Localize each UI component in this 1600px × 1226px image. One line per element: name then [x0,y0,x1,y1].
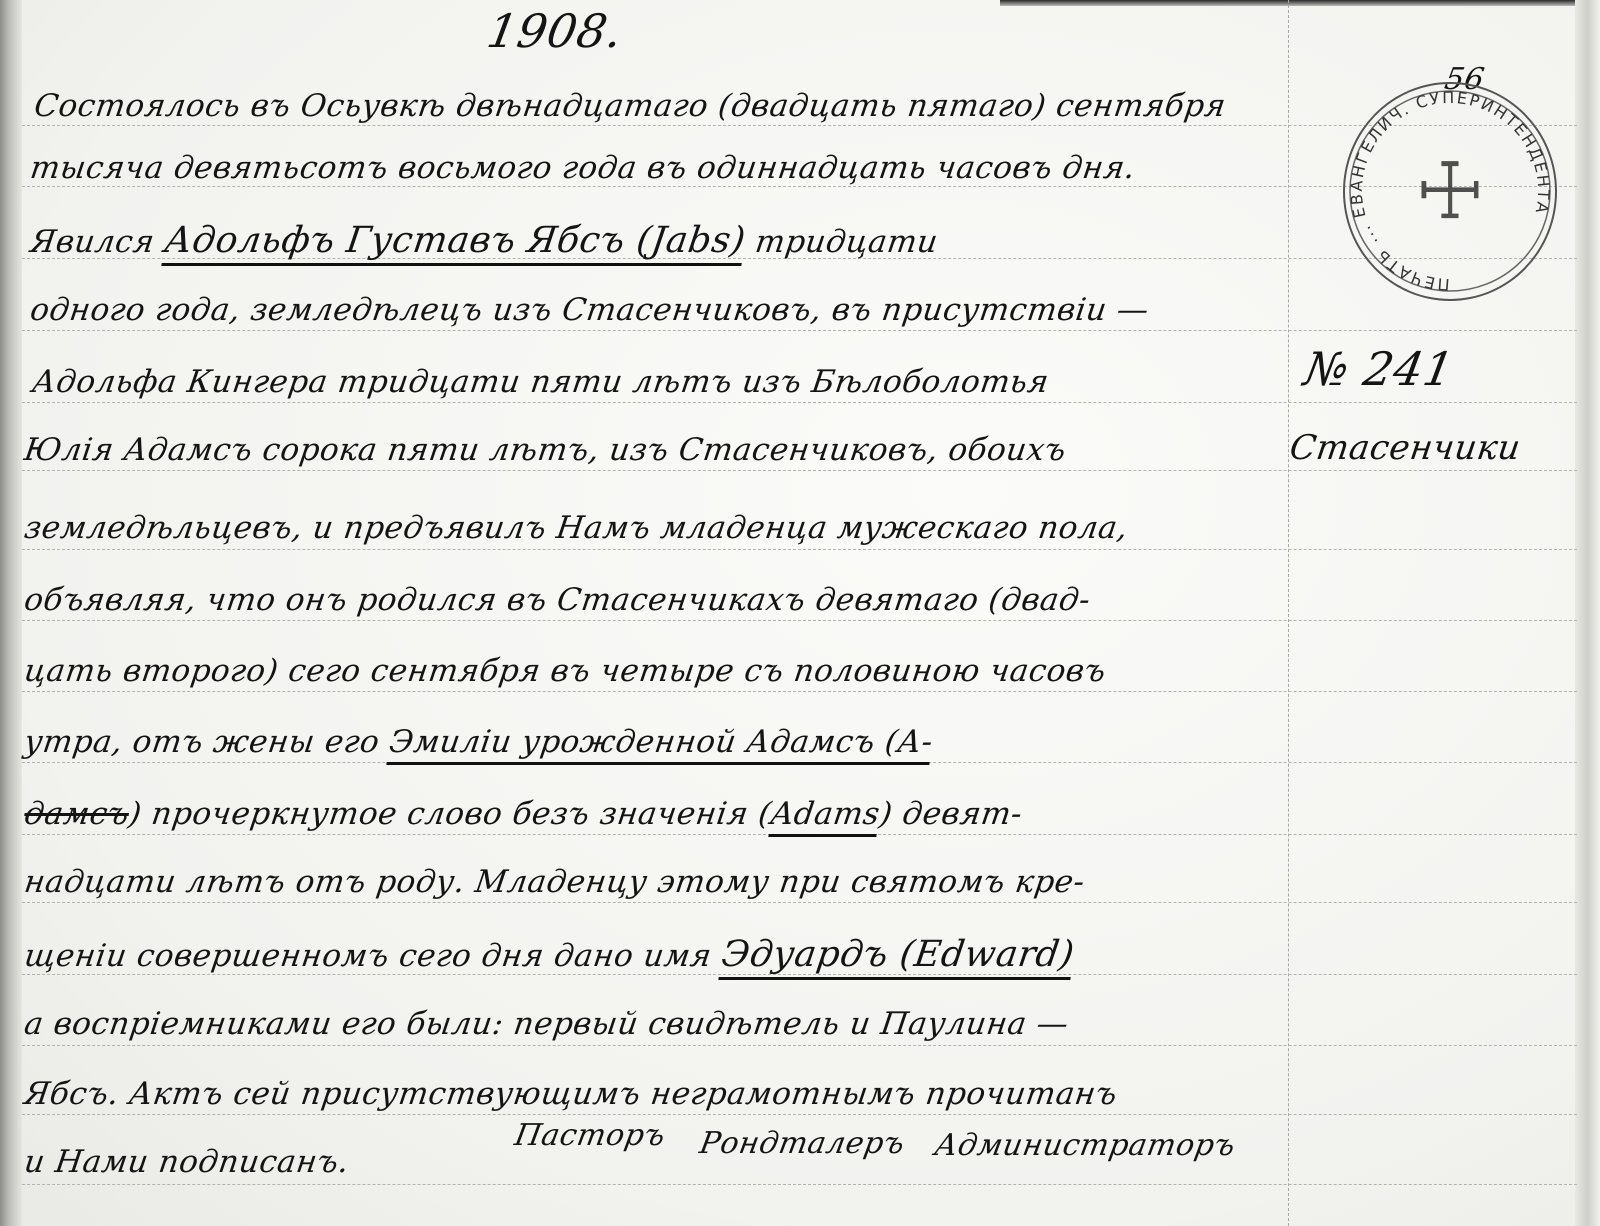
record-line-13: щеніи совершенномъ сего дня дано имя Эду… [22,934,1077,975]
line-prefix: щеніи совершенномъ сего дня дано имя [22,938,724,974]
ruled-line [22,1045,1577,1047]
record-line-15: Ябсъ. Актъ сей присутствующимъ неграмотн… [22,1076,1120,1112]
mother-maiden-name-latin: Adams [768,796,882,837]
line-prefix: ) прочеркнутое слово безъ значенія ( [126,796,773,832]
struck-word: дамсъ [22,796,131,832]
line-suffix: ) девят- [877,796,1024,832]
signature-title: Пасторъ [512,1118,668,1153]
mother-name: Эмиліи урожденной Адамсъ (А- [386,724,935,765]
record-line-9: цать второго) сего сентября въ четыре съ… [22,653,1108,689]
ruled-line [22,402,1577,404]
record-line-3: Явился Адольфъ Густавъ Ябсъ (Jabs) тридц… [28,220,941,261]
ruled-line [22,549,1577,551]
record-line-4: одного года, земледѣлецъ изъ Стасенчиков… [28,292,1151,328]
binding-shadow [0,0,22,1226]
ruled-line [22,330,1577,332]
record-line-10: утра, отъ жены его Эмиліи урожденной Ада… [22,724,935,760]
ruled-line [22,470,1577,472]
signature-name: Рондталеръ [697,1126,908,1161]
double-headed-eagle-icon: ☩ [1407,142,1493,242]
register-page: 1908. 56 ПЕЧАТЬ ... ЕВАНГЕЛИЧ. СУПЕРИНТЕ… [0,0,1600,1226]
child-name: Эдуардъ (Edward) [718,934,1076,980]
record-line-11: дамсъ) прочеркнутое слово безъ значенія … [22,796,1025,832]
ruled-line [22,620,1577,622]
page-right-edge [1575,0,1600,1226]
line-prefix: утра, отъ жены его [22,724,392,760]
ruled-line [22,902,1577,904]
line-suffix: тридцати [743,224,941,260]
record-line-2: тысяча девятьсотъ восьмого года въ одинн… [28,150,1138,186]
record-line-12: надцати лѣтъ отъ роду. Младенцу этому пр… [22,864,1087,900]
record-line-7: земледѣльцевъ, и предъявилъ Намъ младенц… [22,510,1130,546]
page-top-edge [1000,0,1600,6]
record-line-1: Состоялось въ Осьувкѣ двѣнадцатаго (двад… [32,88,1228,124]
margin-place-name: Стасенчики [1287,428,1523,468]
record-line-5: Адольфа Кингера тридцати пяти лѣтъ изъ Б… [30,364,1051,400]
signature-role: Администраторъ [932,1128,1238,1163]
record-line-16: и Нами подписанъ. [22,1144,351,1180]
official-seal: ПЕЧАТЬ ... ЕВАНГЕЛИЧ. СУПЕРИНТЕНДЕНТА ☩ [1343,82,1557,301]
line-prefix: Явился [28,224,167,260]
father-name: Адольфъ Густавъ Ябсъ (Jabs) [161,220,748,266]
record-line-6: Юлія Адамсъ сорока пяти лѣтъ, изъ Стасен… [22,432,1069,468]
year-header: 1908. [483,4,627,58]
ruled-line [22,691,1577,693]
record-line-14: а воспріемниками его были: первый свидѣт… [22,1006,1071,1042]
ruled-line [22,1114,1577,1116]
act-number: № 241 [1300,342,1458,396]
margin-column-rule [1288,0,1290,1226]
ruled-line [22,1184,1577,1186]
record-line-8: объявляя, что онъ родился въ Стасенчиках… [22,582,1093,618]
ruled-line [22,125,1577,127]
